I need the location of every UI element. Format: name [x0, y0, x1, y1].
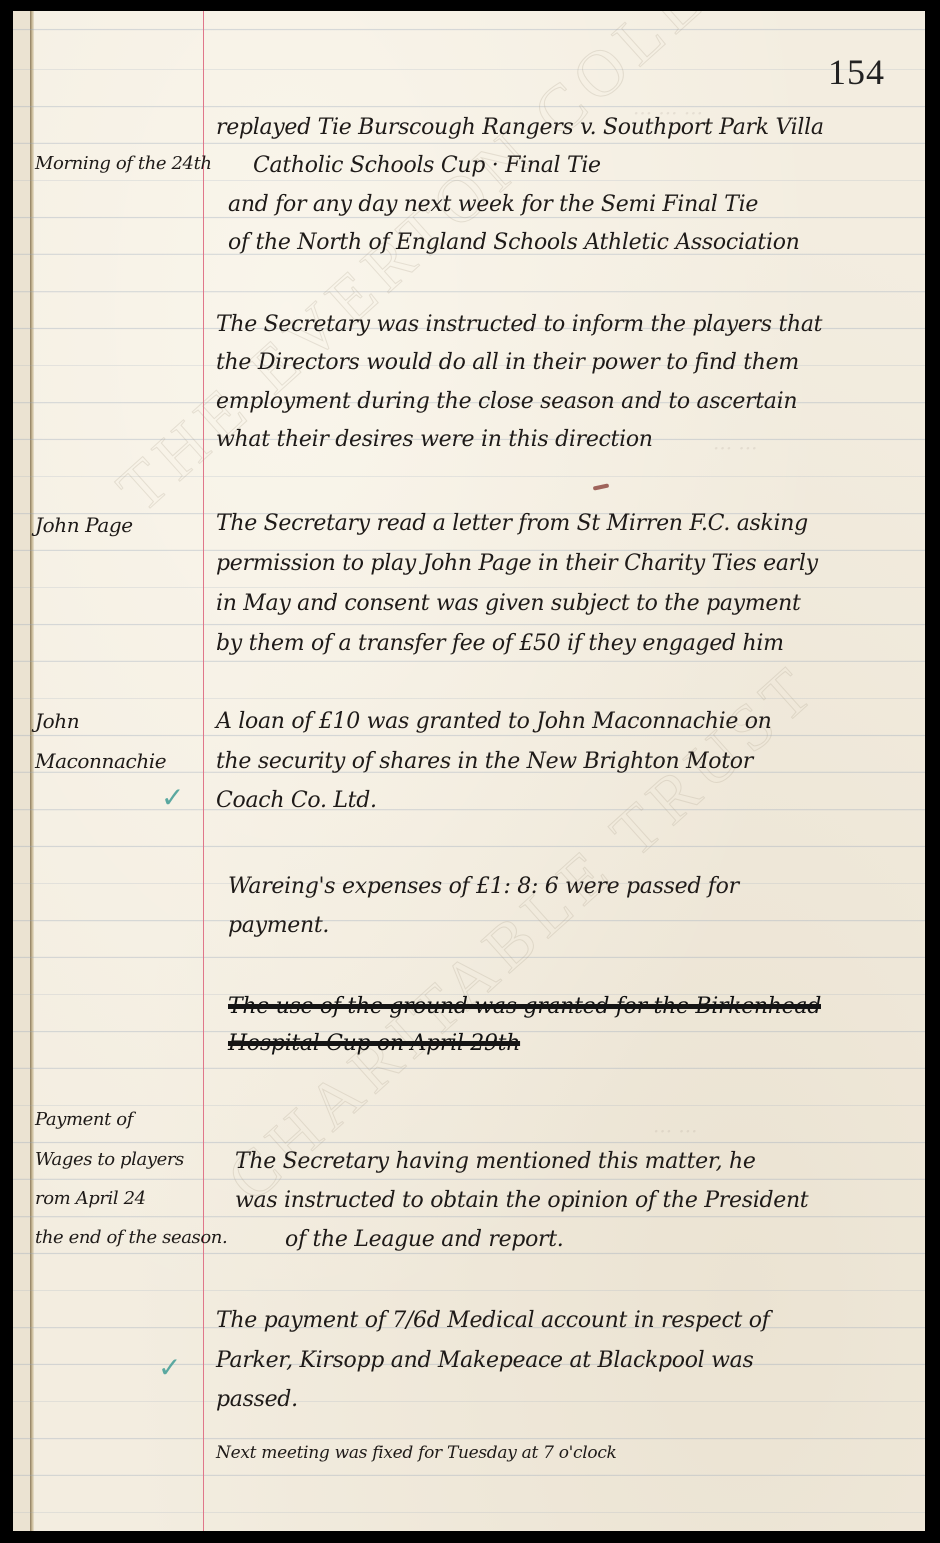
checkmark-icon: ✓	[158, 1351, 181, 1384]
show-through-text: ··· ···	[653, 1119, 698, 1143]
minute-line: The Secretary having mentioned this matt…	[235, 1149, 756, 1174]
margin-rule	[203, 11, 204, 1531]
struck-minute-line: Hospital Cup on April 29th	[228, 1031, 520, 1056]
minute-line: Catholic Schools Cup · Final Tie	[253, 153, 601, 178]
show-through-text: ··· ···	[713, 436, 758, 460]
minute-line: of the North of England Schools Athletic…	[228, 230, 800, 255]
struck-minute-line: The use of the ground was granted for th…	[228, 994, 821, 1019]
minute-line: payment.	[228, 913, 329, 938]
minute-line: The Secretary was instructed to inform t…	[216, 312, 822, 337]
margin-note: Payment of	[35, 1109, 133, 1130]
ledger-page: THE EVERTON COLLECTION CHARITABLE TRUST …	[13, 11, 925, 1531]
minute-line: Next meeting was fixed for Tuesday at 7 …	[216, 1443, 617, 1463]
page-number: 154	[828, 51, 885, 93]
margin-note: John	[35, 709, 79, 733]
minute-line: replayed Tie Burscough Rangers v. Southp…	[216, 115, 824, 140]
minute-line: Parker, Kirsopp and Makepeace at Blackpo…	[216, 1348, 753, 1373]
minute-line: Coach Co. Ltd.	[216, 788, 377, 813]
minute-line: in May and consent was given subject to …	[216, 591, 801, 616]
margin-note: the end of the season.	[35, 1227, 227, 1248]
minute-line: The payment of 7/6d Medical account in r…	[216, 1308, 770, 1333]
minute-line: Wareing's expenses of £1: 8: 6 were pass…	[228, 874, 739, 899]
minute-line: employment during the close season and t…	[216, 389, 797, 414]
margin-note: Wages to players	[35, 1149, 184, 1170]
minute-line: the security of shares in the New Bright…	[216, 749, 753, 774]
minute-line: was instructed to obtain the opinion of …	[235, 1188, 808, 1213]
minute-line: the Directors would do all in their powe…	[216, 350, 799, 375]
minute-line: and for any day next week for the Semi F…	[228, 192, 758, 217]
minute-line: of the League and report.	[285, 1227, 564, 1252]
checkmark-icon: ✓	[161, 781, 184, 814]
minute-line: passed.	[216, 1387, 298, 1412]
minute-line: permission to play John Page in their Ch…	[216, 551, 818, 576]
margin-note: Maconnachie	[35, 749, 166, 773]
minute-line: by them of a transfer fee of £50 if they…	[216, 631, 784, 656]
minute-line: what their desires were in this directio…	[216, 427, 653, 452]
margin-note: Morning of the 24th	[35, 153, 212, 174]
minute-line: A loan of £10 was granted to John Maconn…	[216, 709, 772, 734]
minute-line: The Secretary read a letter from St Mirr…	[216, 511, 808, 536]
margin-note: John Page	[35, 513, 133, 537]
margin-note: rom April 24	[35, 1188, 146, 1209]
